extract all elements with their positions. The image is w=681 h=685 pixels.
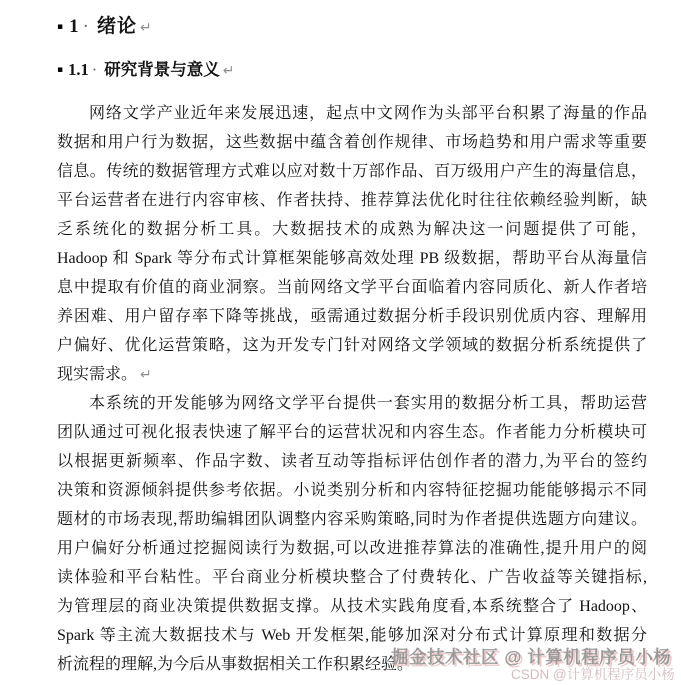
heading-outline-marker-icon: ▪ [57, 65, 63, 75]
text-line: 户偏好、优化运营策略，这为开发专门针对网络文学领域的数据分析系统提供了 [57, 331, 647, 360]
text-line: 团队通过可视化报表快速了解平台的运营状况和内容生态。作者能力分析模块可 [57, 418, 647, 447]
text-line: 为管理层的商业决策提供数据支撑。从技术实践角度看,本系统整合了 Hadoop、 [57, 592, 647, 621]
heading-2-title: 研究背景与意义 [104, 60, 220, 79]
watermark-csdn: CSDN @计算机程序员小杨 [511, 663, 675, 683]
space-marker: · [83, 16, 90, 37]
text-line: 读体验和平台粘性。平台商业分析模块整合了付费转化、广告收益等关键指标, [57, 563, 647, 592]
heading-1-number: 1 [69, 16, 80, 37]
paragraph-2: 本系统的开发能够为网络文学平台提供一套实用的数据分析工具，帮助运营 团队通过可视… [57, 389, 647, 679]
heading-outline-marker-icon: ▪ [57, 22, 64, 32]
paragraph-mark-icon: ↵ [140, 367, 152, 383]
text-line: 题材的市场表现,帮助编辑团队调整内容采购策略,同时为作者提供选题方向建议。 [57, 505, 647, 534]
text-line: 网络文学产业近年来发展迅速，起点中文网作为头部平台积累了海量的作品 [57, 99, 647, 128]
text-line: 决策和资源倾斜提供参考依据。小说类别分析和内容特征挖掘功能能够揭示不同 [57, 476, 647, 505]
heading-2-number: 1.1 [68, 60, 89, 79]
heading-1-title: 绪论 [97, 16, 137, 37]
heading-1-chapter: ▪1·绪论↵ [57, 14, 647, 41]
document-body: ▪1·绪论↵ ▪1.1·研究背景与意义↵ 网络文学产业近年来发展迅速，起点中文网… [57, 0, 647, 679]
text-line: 信息。传统的数据管理方式难以应对数十万部作品、百万级用户产生的海量信息， [57, 157, 647, 186]
text-line: 乏系统化的数据分析工具。大数据技术的成熟为解决这一问题提供了可能， [57, 215, 647, 244]
space-marker: · [92, 60, 98, 79]
text-line-content: 现实需求。 [57, 366, 137, 383]
text-line: 现实需求。↵ [57, 360, 647, 389]
text-line: 息中提取有价值的商业洞察。当前网络文学平台面临着内容同质化、新人作者培 [57, 273, 647, 302]
text-line: 平台运营者在进行内容审核、作者扶持、推荐算法优化时往往依赖经验判断，缺 [57, 186, 647, 215]
text-line: 数据和用户行为数据，这些数据中蕴含着创作规律、市场趋势和用户需求等重要 [57, 128, 647, 157]
heading-2-section: ▪1.1·研究背景与意义↵ [57, 58, 647, 83]
text-line: 用户偏好分析通过挖掘阅读行为数据,可以改进推荐算法的准确性,提升用户的阅 [57, 534, 647, 563]
paragraph-1: 网络文学产业近年来发展迅速，起点中文网作为头部平台积累了海量的作品 数据和用户行… [57, 99, 647, 389]
text-line: 养困难、用户留存率下降等挑战，亟需通过数据分析手段识别优质内容、理解用 [57, 302, 647, 331]
document-page: ▪1·绪论↵ ▪1.1·研究背景与意义↵ 网络文学产业近年来发展迅速，起点中文网… [0, 0, 681, 685]
text-line: 以根据更新频率、作品字数、读者互动等指标评估创作者的潜力,为平台的签约 [57, 447, 647, 476]
paragraph-mark-icon: ↵ [140, 20, 153, 36]
text-line: Hadoop 和 Spark 等分布式计算框架能够高效处理 PB 级数据，帮助平… [57, 244, 647, 273]
text-line: 本系统的开发能够为网络文学平台提供一套实用的数据分析工具，帮助运营 [57, 389, 647, 418]
paragraph-mark-icon: ↵ [223, 63, 235, 79]
